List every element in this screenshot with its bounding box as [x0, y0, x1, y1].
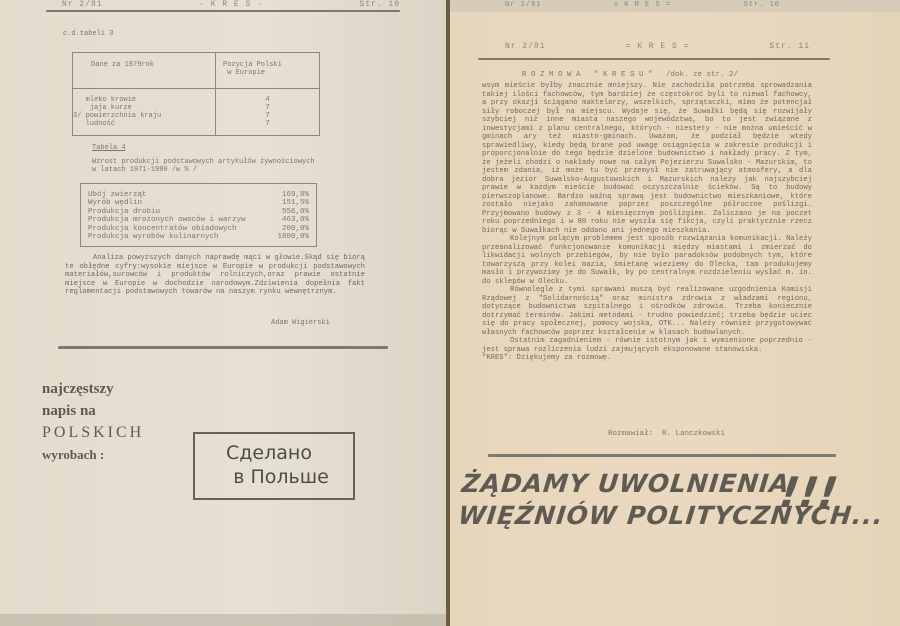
article-body: wsym mieście byłby znacznie mniejszy. Ni…	[482, 82, 812, 363]
stamp-line: POLSKICH	[42, 422, 144, 444]
table-4-row: Produkcja koncentratów obiadowych200,0%	[88, 225, 309, 233]
closing-line: "KRES": Dziękujemy za rozmowę.	[482, 354, 812, 363]
row-label: Produkcja mrożonych owoców i warzyw	[88, 216, 246, 224]
row-value: 556,0%	[282, 208, 309, 216]
table-4-row: Produkcja drobiu556,0%	[88, 208, 309, 216]
author-signature: Adam Wigierski	[271, 319, 330, 327]
page-number: Str. 10	[744, 1, 780, 9]
issue-number: Nr 2/81	[505, 1, 541, 9]
exclamation-marks: !!!	[777, 468, 841, 517]
row-value: 169,8%	[282, 191, 309, 199]
left-page-header: Nr 2/81 - K R E S - Str. 10	[62, 0, 400, 9]
row-label: Produkcja drobiu	[88, 208, 160, 216]
row-value: 151,5%	[282, 199, 309, 207]
russian-text-line1: Сделано	[185, 441, 353, 465]
table-4-caption: Wzrost produkcji podstawowych artykułów …	[92, 158, 315, 174]
stamp-line: wyrobach :	[42, 444, 144, 466]
row-label: Ubój zwierząt	[88, 191, 147, 199]
issue-number: Nr 2/81	[505, 42, 546, 51]
stamp-line: najczęstszy	[42, 378, 144, 400]
article-title: R O Z M O W A " K R E S U "	[522, 71, 653, 79]
table-continuation-label: c.d.tabeli 3	[63, 30, 113, 38]
table-3-header-col1: Dane za 1979rok	[91, 61, 154, 69]
table-3: Dane za 1979rok Pozycja Polski w Europie…	[72, 52, 320, 136]
made-in-poland-label: Сделано в Польше	[193, 432, 355, 500]
table-3-value: 7	[216, 112, 319, 120]
article-paragraph: Równolegle z tymi sprawami muszą być rea…	[482, 286, 812, 337]
table-4-row: Wyrób wędlin151,5%	[88, 199, 309, 207]
table-3-value: 7	[216, 104, 319, 112]
stamp-line: napis na	[42, 400, 144, 422]
page-edge-shadow	[0, 614, 446, 626]
table-4-row: Produkcja wyrobów kulinarnych1800,0%	[88, 233, 309, 241]
table-4: Ubój zwierząt169,8% Wyrób wędlin151,5% P…	[80, 183, 317, 247]
table-3-items: mleko krowie jaja kurze 3/ powierzchnia …	[73, 96, 215, 128]
table-3-value: 4	[216, 96, 319, 104]
section-rule	[488, 454, 836, 457]
table-4-row: Produkcja mrożonych owoców i warzyw463,0…	[88, 216, 309, 224]
row-label: Wyrób wędlin	[88, 199, 142, 207]
article-paragraph: Ostatnim zagadnieniem - równie istotnym …	[482, 337, 812, 354]
table-3-item: mleko krowie	[73, 96, 215, 104]
table-3-item: 3/ powierzchnia kraju	[73, 112, 215, 120]
row-label: Produkcja wyrobów kulinarnych	[88, 233, 219, 241]
interviewer-signature: Rozmawiał: R. Lanczkowski	[608, 430, 725, 438]
left-page: Nr 2/81 - K R E S - Str. 10 c.d.tabeli 3…	[0, 0, 446, 626]
right-page: Nr 2/81 = K R E S = Str. 11 R O Z M O W …	[450, 12, 900, 626]
publication-title: - K R E S -	[199, 0, 263, 9]
table-4-title: Tabela 4	[92, 144, 126, 152]
row-value: 1800,0%	[277, 233, 309, 241]
page-number: Str. 10	[359, 0, 400, 9]
underlying-page-header: Nr 2/81 = K R E S = Str. 10	[505, 1, 780, 9]
row-label: Produkcja koncentratów obiadowych	[88, 225, 237, 233]
publication-title: = K R E S =	[614, 1, 671, 9]
table-3-values: 4 7 7 7	[216, 96, 319, 128]
russian-text-line2: в Польше	[209, 465, 353, 489]
article-paragraph: Kolejnym palącym problemem jest sposób r…	[482, 235, 812, 286]
header-rule	[46, 10, 400, 12]
right-page-header: Nr 2/81 = K R E S = Str. 11	[505, 42, 810, 51]
page-number: Str. 11	[769, 42, 810, 51]
table-divider	[73, 88, 319, 89]
analysis-paragraph: Analiza powyższych danych naprawdę mąci …	[65, 254, 365, 297]
stamp-caption: najczęstszy napis na POLSKICH wyrobach :	[42, 378, 144, 466]
header-rule	[478, 58, 830, 60]
issue-number: Nr 2/81	[62, 0, 103, 9]
table-3-header-col2: Pozycja Polski w Europie	[223, 61, 282, 77]
table-3-value: 7	[216, 120, 319, 128]
section-rule	[58, 346, 388, 349]
table-4-row: Ubój zwierząt169,8%	[88, 191, 309, 199]
table-4-rows: Ubój zwierząt169,8% Wyrób wędlin151,5% P…	[88, 191, 309, 241]
table-3-item: ludność	[73, 120, 215, 128]
article-paragraph: wsym mieście byłby znacznie mniejszy. Ni…	[482, 82, 812, 235]
table-3-item: jaja kurze	[73, 104, 215, 112]
publication-title: = K R E S =	[626, 42, 690, 51]
row-value: 463,0%	[282, 216, 309, 224]
article-heading: R O Z M O W A " K R E S U " /dok. ze str…	[522, 71, 738, 79]
row-value: 200,0%	[282, 225, 309, 233]
article-continuation: /dok. ze str. 2/	[666, 71, 738, 79]
